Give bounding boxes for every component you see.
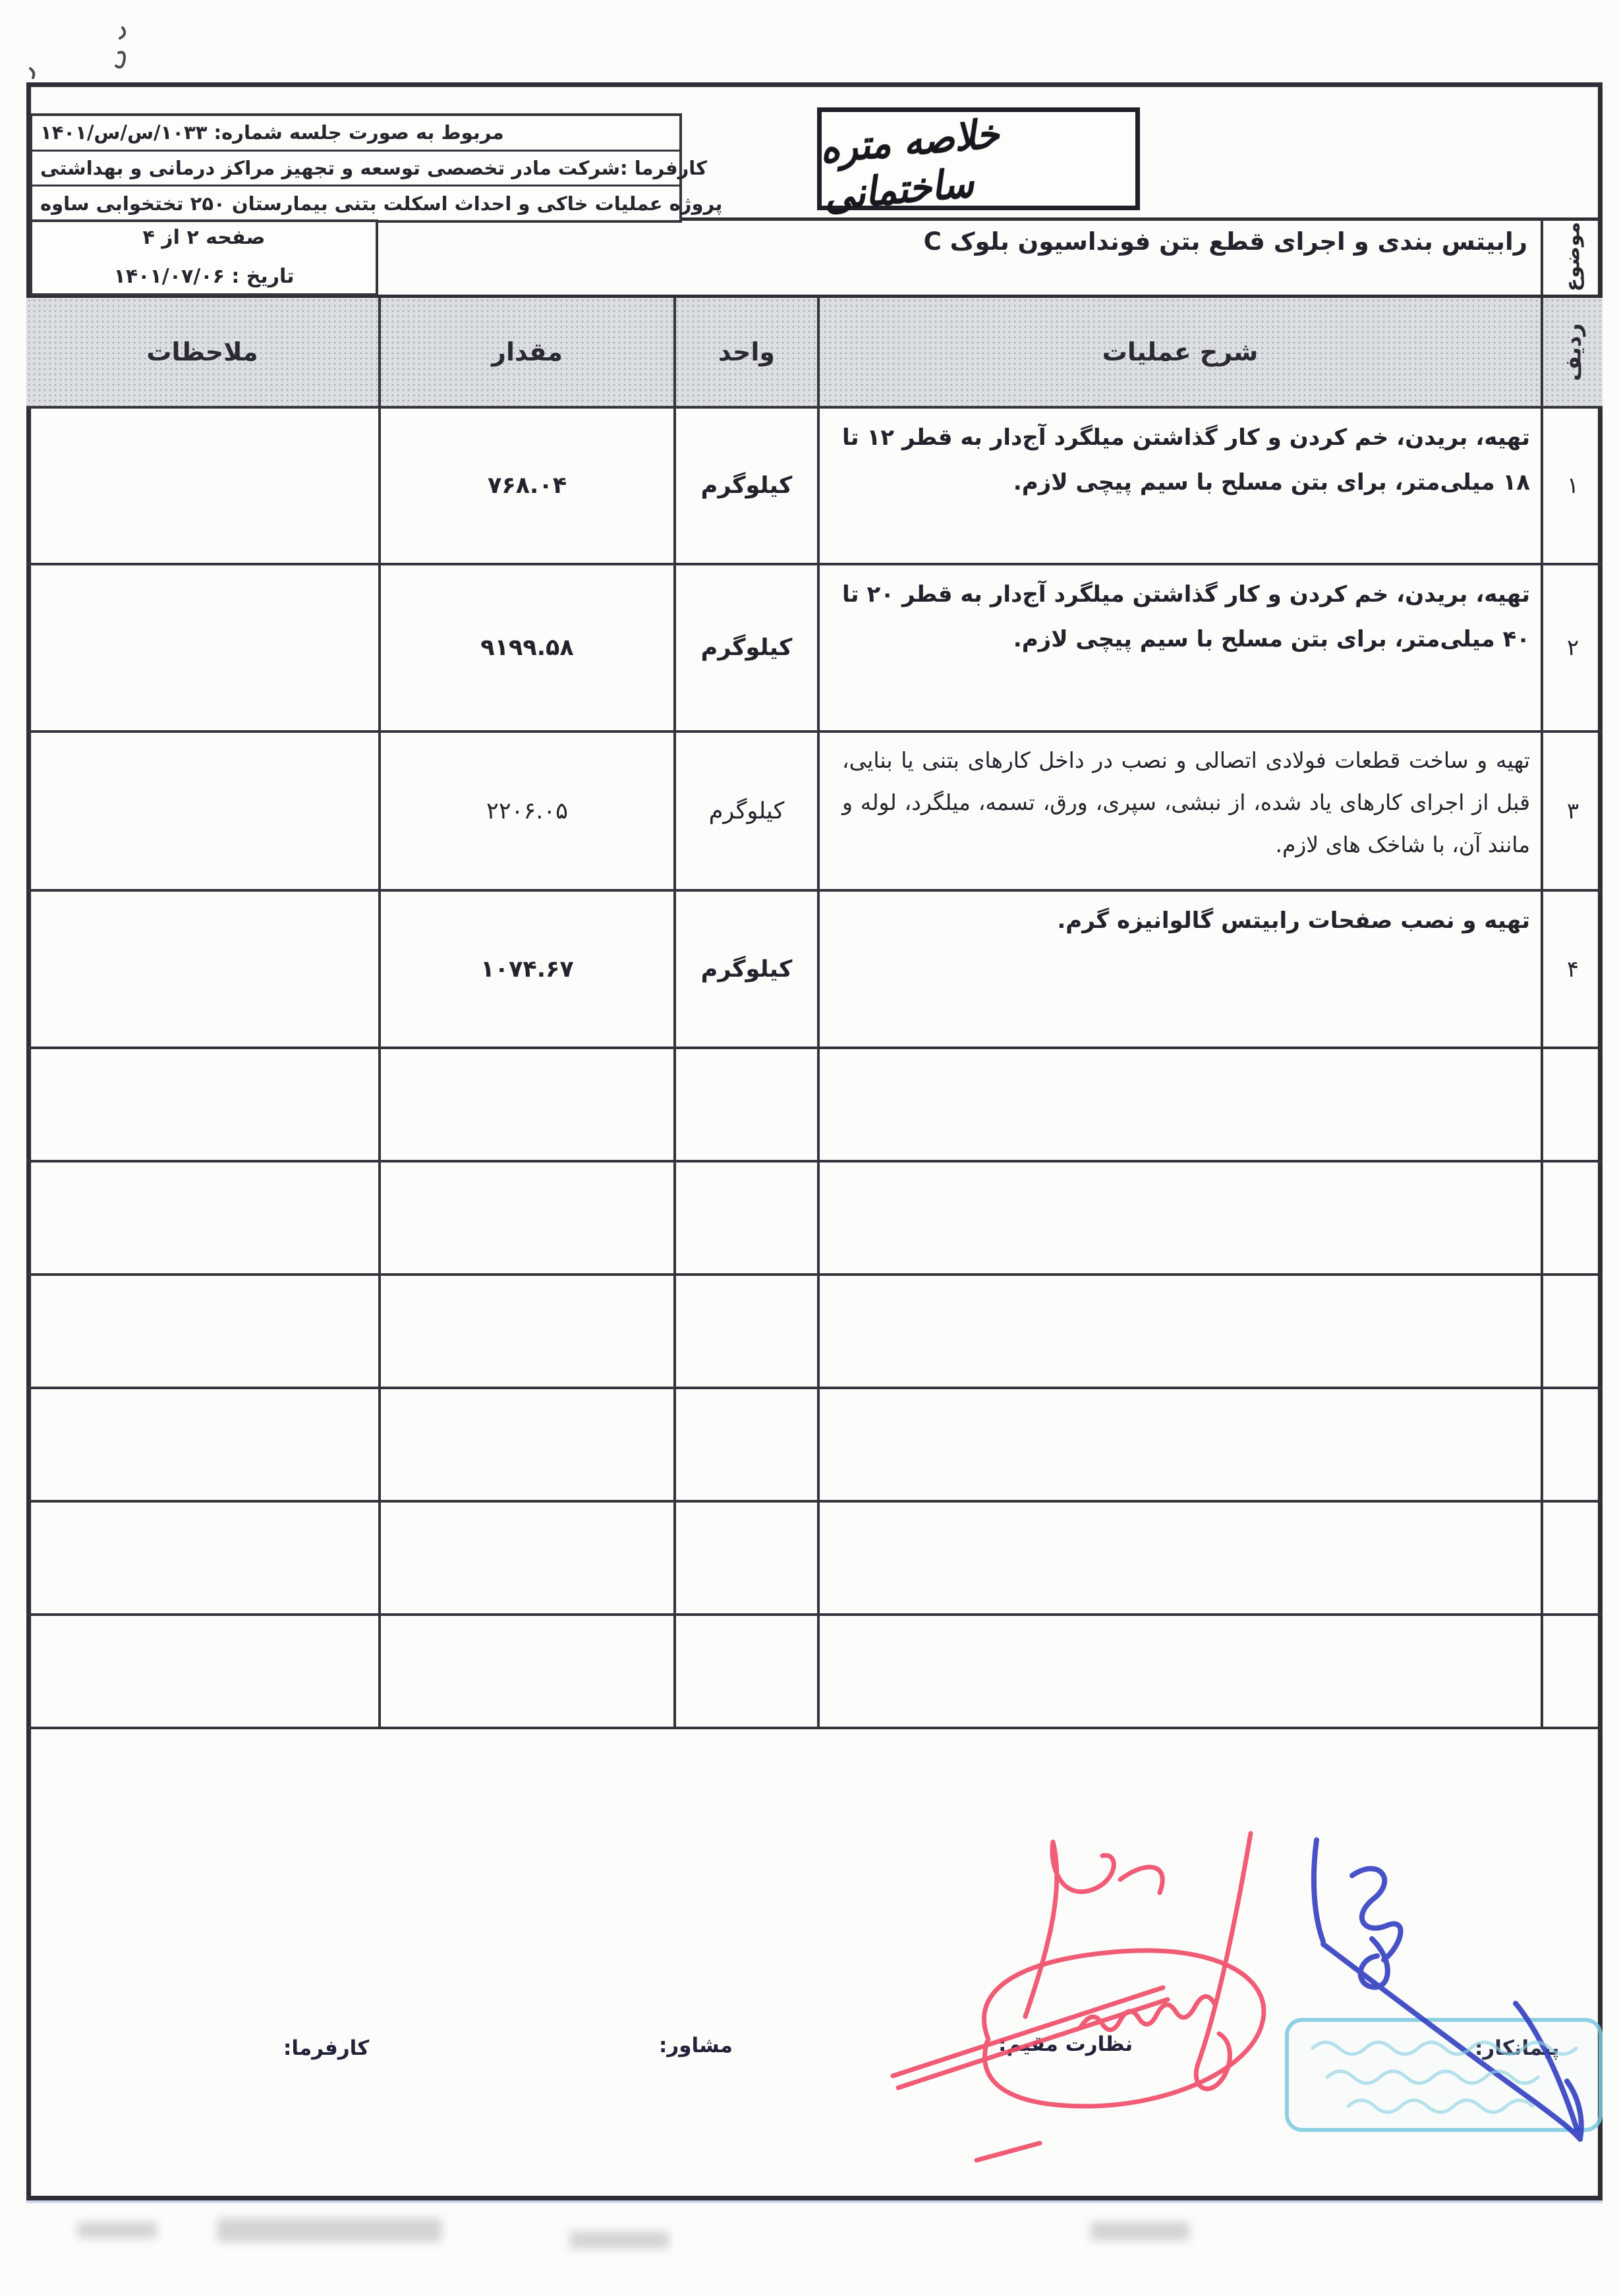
table-row-empty [26, 1049, 1603, 1162]
subject-text: رابیتس بندی و اجرای قطع بتن فونداسیون بل… [743, 227, 1527, 256]
row-no: ۱ [1541, 409, 1603, 563]
row-remarks [26, 733, 378, 889]
table-header-row: ردیف شرح عملیات واحد مقدار ملاحظات [26, 295, 1603, 409]
page-title: خلاصه متره ساختمانی [818, 98, 1139, 219]
header-remarks: ملاحظات [26, 298, 378, 406]
row-unit: کیلوگرم [673, 565, 817, 730]
scan-smudge [1091, 2222, 1189, 2241]
row-description: تهیه و نصب صفحات رابیتس گالوانیزه گرم. [817, 892, 1541, 1047]
table-row-empty [26, 1389, 1603, 1503]
row-no: ۴ [1541, 892, 1603, 1047]
header-quantity: مقدار [378, 298, 673, 406]
row-quantity: ۱۰۷۴.۶۷ [378, 892, 673, 1047]
client-line: کارفرما :شرکت مادر تخصصی توسعه و تجهیز م… [32, 152, 679, 187]
row-remarks [26, 565, 378, 730]
row-unit: کیلوگرم [673, 409, 817, 563]
table-row: ۲ تهیه، بریدن، خم کردن و کار گذاشتن میلگ… [26, 565, 1603, 733]
row-quantity: ۷۶۸.۰۴ [378, 409, 673, 563]
row-description: تهیه، بریدن، خم کردن و کار گذاشتن میلگرد… [817, 409, 1541, 563]
scan-smudge [78, 2222, 157, 2238]
table-body: ۱ تهیه، بریدن، خم کردن و کار گذاشتن میلگ… [26, 409, 1603, 1729]
header-unit: واحد [673, 298, 817, 406]
row-quantity: ۹۱۹۹.۵۸ [378, 565, 673, 730]
row-description: تهیه و ساخت قطعات فولادی اتصالی و نصب در… [817, 733, 1541, 889]
row-unit: کیلوگرم [673, 892, 817, 1047]
table-row-empty [26, 1503, 1603, 1616]
consultant-signature-label: مشاور: [659, 2034, 733, 2057]
corner-pen-marks [30, 28, 125, 78]
page-number: صفحه ۲ از ۴ [143, 226, 266, 249]
scanned-document-page: مربوط به صورت جلسه شماره: ۱۰۳۳/س/س/۱۴۰۱ … [0, 0, 1619, 2296]
contractor-stamp [1285, 2018, 1603, 2132]
date-value: تاریخ : ۱۴۰۱/۰۷/۰۶ [114, 265, 295, 288]
scan-smudge [217, 2218, 441, 2242]
page-date-box: صفحه ۲ از ۴ تاریخ : ۱۴۰۱/۰۷/۰۶ [30, 219, 378, 296]
table-row-empty [26, 1616, 1603, 1729]
supervisor-signature-label: نظارت مقیم: [998, 2032, 1133, 2056]
header-row-no: ردیف [1541, 298, 1603, 406]
row-remarks [26, 409, 378, 563]
subject-side-label: موضوع [1562, 222, 1585, 292]
row-no: ۲ [1541, 565, 1603, 730]
document-info-box: مربوط به صورت جلسه شماره: ۱۰۳۳/س/س/۱۴۰۱ … [30, 113, 682, 223]
header-description: شرح عملیات [817, 298, 1541, 406]
row-remarks [26, 892, 378, 1047]
scan-smudge [570, 2231, 669, 2249]
row-unit: کیلوگرم [673, 733, 817, 889]
subject-side-cell: موضوع [1541, 219, 1603, 295]
table-row: ۱ تهیه، بریدن، خم کردن و کار گذاشتن میلگ… [26, 409, 1603, 565]
row-quantity: ۲۲۰۶.۰۵ [378, 733, 673, 889]
meeting-reference: مربوط به صورت جلسه شماره: ۱۰۳۳/س/س/۱۴۰۱ [32, 116, 679, 152]
client-signature-label: کارفرما: [283, 2036, 369, 2060]
table-row-empty [26, 1162, 1603, 1276]
table-row: ۴ تهیه و نصب صفحات رابیتس گالوانیزه گرم.… [26, 892, 1603, 1049]
row-no: ۳ [1541, 733, 1603, 889]
project-line: پروژه عملیات خاکی و احداث اسکلت بتنی بیم… [32, 187, 679, 220]
table-row-empty [26, 1276, 1603, 1389]
table-row: ۳ تهیه و ساخت قطعات فولادی اتصالی و نصب … [26, 733, 1603, 892]
row-description: تهیه، بریدن، خم کردن و کار گذاشتن میلگرد… [817, 565, 1541, 730]
title-box: خلاصه متره ساختمانی [817, 107, 1140, 210]
